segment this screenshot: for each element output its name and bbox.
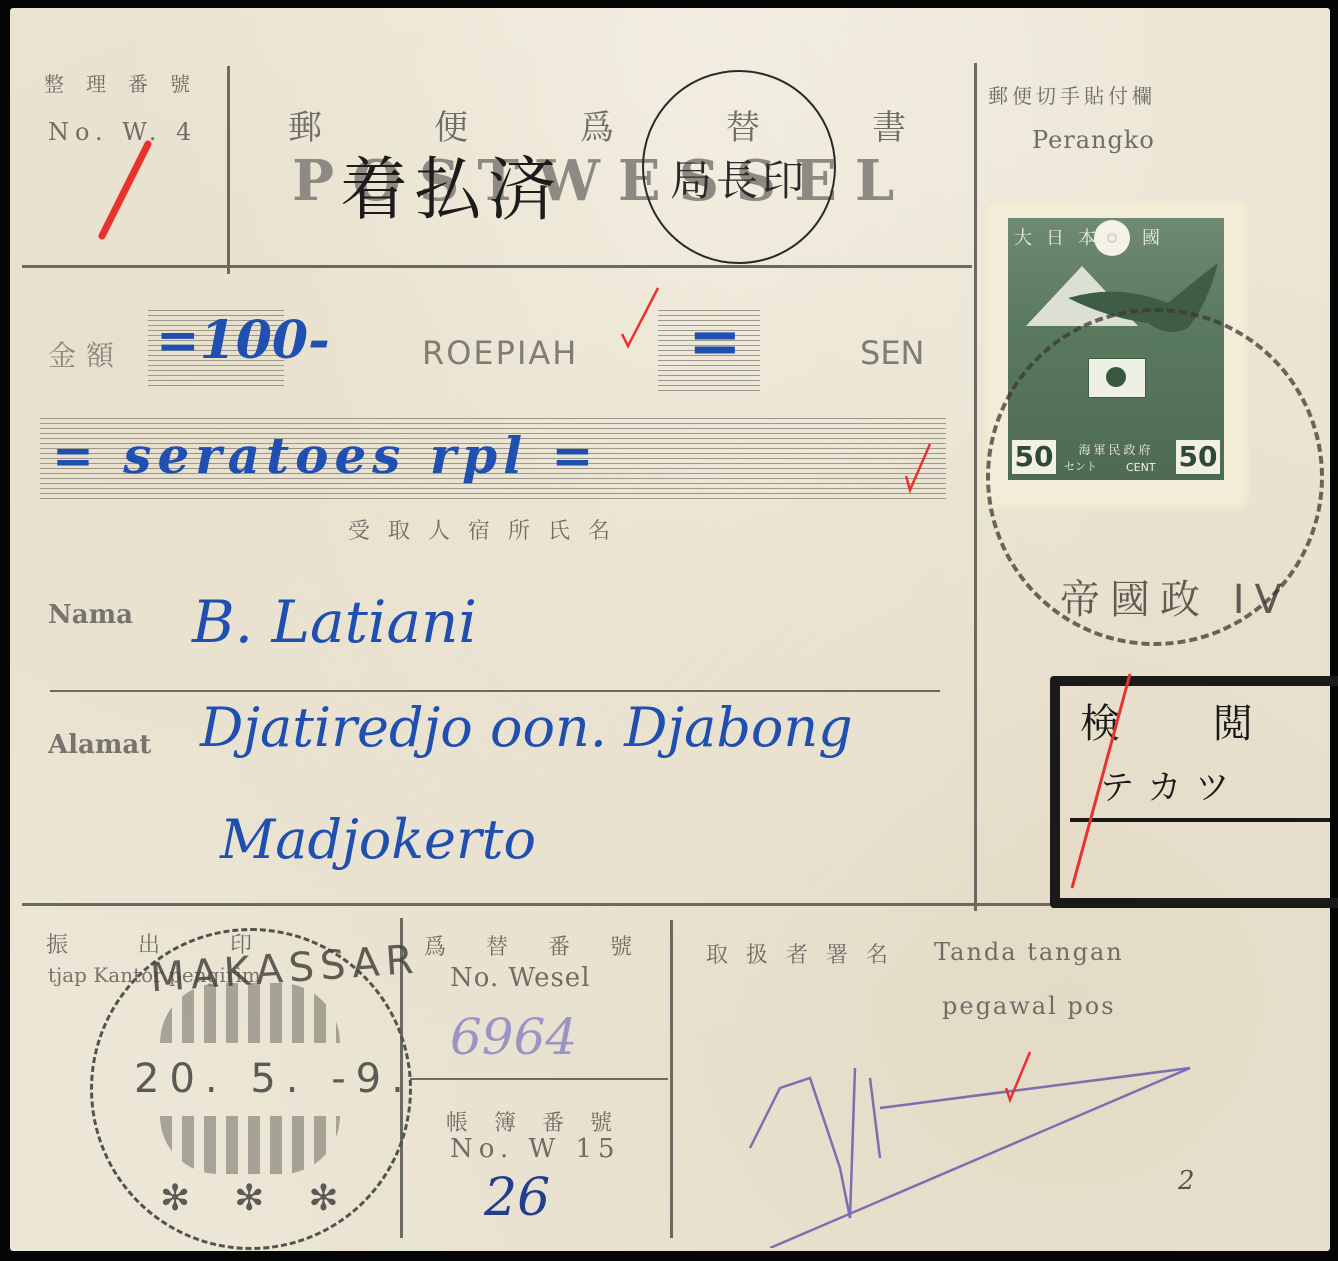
signature-label-line2: pegawal pos [942,992,1116,1020]
red-check-mark [1000,1048,1040,1108]
amount-roepiah-value: =100- [156,310,330,371]
divider [227,66,230,274]
wesel-value: 6964 [450,1008,577,1066]
chrysanthemum-icon [1094,220,1130,256]
divider [974,63,977,911]
recipient-cjk-caption: 受取人宿所氏名 [348,514,628,545]
ledger-label: No. W 15 [450,1134,621,1164]
address-label: Alamat [48,730,151,760]
handwritten-overprint: 着払済 [340,136,562,233]
divider [22,265,972,268]
money-order-form: 整理番號 No. W. 4 郵便爲替書 POSTWESSEL 着払済 局長印 郵… [10,8,1330,1251]
stamp-box-label: Perangko [1032,126,1155,154]
roepiah-label: ROEPIAH [422,334,578,372]
signature-label-line1: Tanda tangan [934,938,1124,966]
amount-sen-value: = [688,304,742,379]
amount-cjk-label: 金額 [48,334,124,374]
pencil-note: 2 [1178,1166,1195,1196]
divider [50,690,940,692]
red-check-mark [610,284,670,354]
name-label: Nama [48,600,133,630]
address-line-2: Madjokerto [220,808,536,871]
divider [410,1078,668,1080]
red-check-mark [900,438,940,498]
official-seal-text: 局長印 [670,148,808,208]
signature-cjk-label: 取扱者署名 [706,938,906,969]
address-line-1: Djatiredjo oon. Djabong [200,696,853,759]
amount-in-words-value: = seratoes rpl = [52,426,599,485]
postmark-date: 20. 5. -9. [134,1056,414,1102]
sen-label: SEN [860,334,924,372]
violet-pencil-signature [730,1048,1210,1248]
name-value: B. Latiani [192,588,477,656]
ledger-cjk-label: 帳簿番號 [446,1106,638,1137]
wesel-cjk-label: 爲替番號 [424,930,672,961]
red-check-mark [90,136,160,246]
ledger-value: 26 [484,1168,550,1228]
cancellation-text: 帝國政 IV [1060,568,1292,625]
divider [670,920,673,1238]
red-check-mark [1060,668,1140,898]
stamp-box-cjk-label: 郵便切手貼付欄 [988,80,1156,109]
postmark-stars: ✻✻✻ [160,1178,383,1219]
registration-cjk-label: 整理番號 [44,68,212,97]
wesel-label: No. Wesel [450,963,591,993]
